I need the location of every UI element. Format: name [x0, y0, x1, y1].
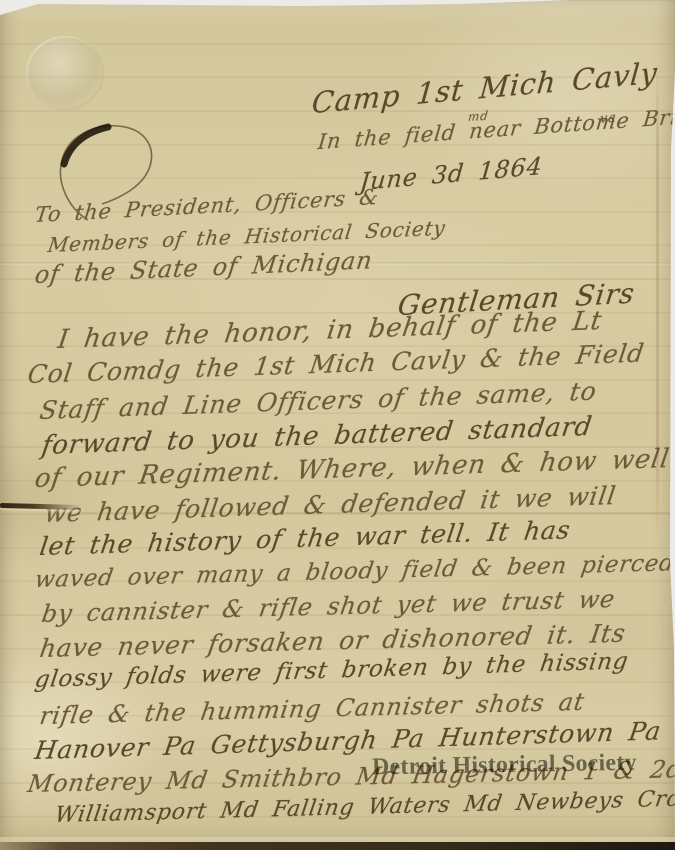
- embossed-seal: [26, 36, 104, 110]
- heading-superscript-va: va: [599, 110, 617, 127]
- watermark-text: Detroit Historical Society: [372, 750, 637, 782]
- paper-sheet: Camp 1st Mich Cavly In the field near Bo…: [0, 0, 675, 850]
- bottom-edge-shadow: [0, 842, 675, 850]
- heading-superscript-insertion: md: [467, 108, 489, 124]
- scanned-letter-image: Camp 1st Mich Cavly In the field near Bo…: [0, 0, 675, 850]
